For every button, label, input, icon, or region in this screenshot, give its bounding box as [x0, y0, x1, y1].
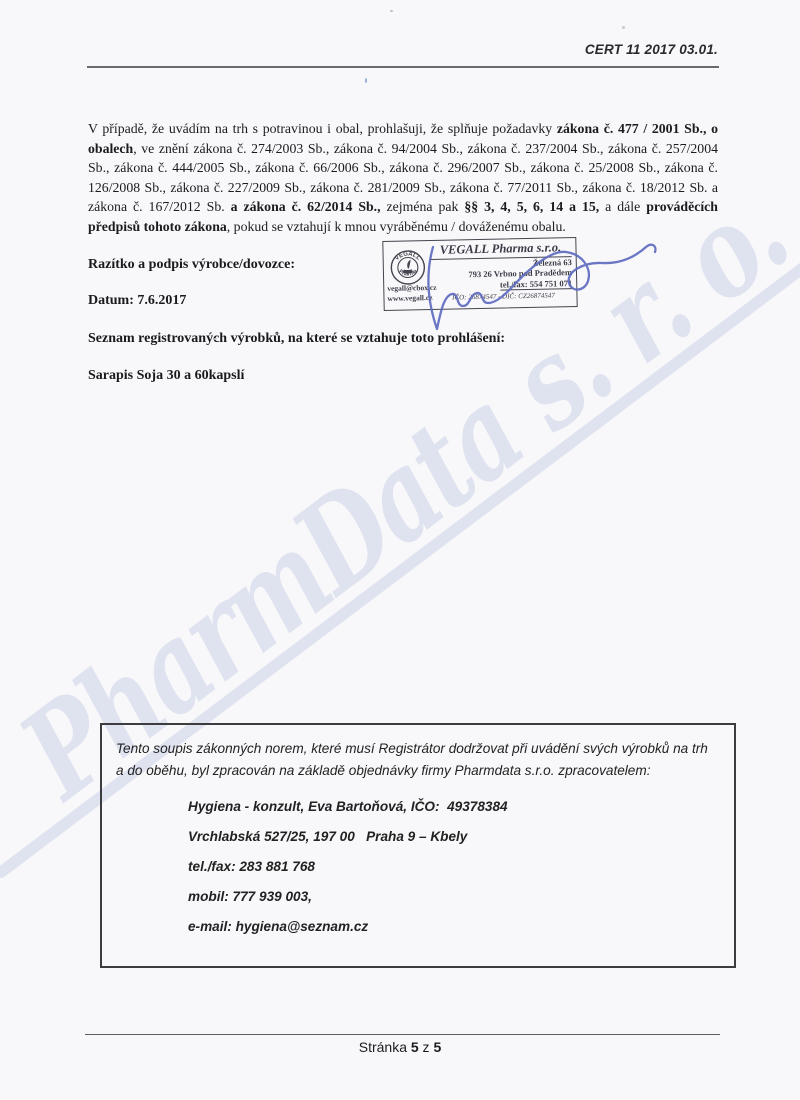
declaration-paragraph: V případě, že uvádím na trh s potravinou… — [88, 119, 718, 237]
processor-telfax-line: tel./fax: 283 881 768 — [116, 859, 718, 874]
page-number-current: 5 — [411, 1039, 419, 1055]
scan-speck — [622, 26, 625, 29]
info-box-intro: Tento soupis zákonných norem, které musí… — [116, 738, 718, 782]
scanned-document-page: PharmData s. r. o. CERT 11 2017 03.01. V… — [0, 0, 800, 1100]
page-number-total: 5 — [433, 1039, 441, 1055]
processor-email-line: e-mail: hygiena@seznam.cz — [116, 919, 718, 934]
processor-address-line: Vrchlabská 527/25, 197 00 Praha 9 – Kbel… — [116, 829, 718, 844]
page-number-separator: z — [419, 1039, 434, 1055]
header-divider — [87, 66, 719, 68]
date-label: Datum: 7.6.2017 — [88, 293, 186, 309]
stamp-signature-label: Razítko a podpis výrobce/dovozce: — [88, 257, 295, 273]
footer-divider — [85, 1034, 720, 1035]
processor-mobile-line: mobil: 777 939 003, — [116, 889, 718, 904]
page-number-prefix: Stránka — [359, 1039, 411, 1055]
processor-info-box: Tento soupis zákonných norem, které musí… — [100, 723, 736, 968]
handwritten-signature — [380, 225, 720, 345]
scan-speck — [214, 338, 217, 340]
scan-speck — [390, 10, 393, 12]
product-name: Sarapis Soja 30 a 60kapslí — [88, 368, 244, 384]
processor-name-line: Hygiena - konzult, Eva Bartoňová, IČO: 4… — [116, 799, 718, 814]
page-number: Stránka 5 z 5 — [0, 1039, 800, 1055]
document-reference: CERT 11 2017 03.01. — [0, 42, 718, 57]
scan-speck — [365, 78, 367, 83]
